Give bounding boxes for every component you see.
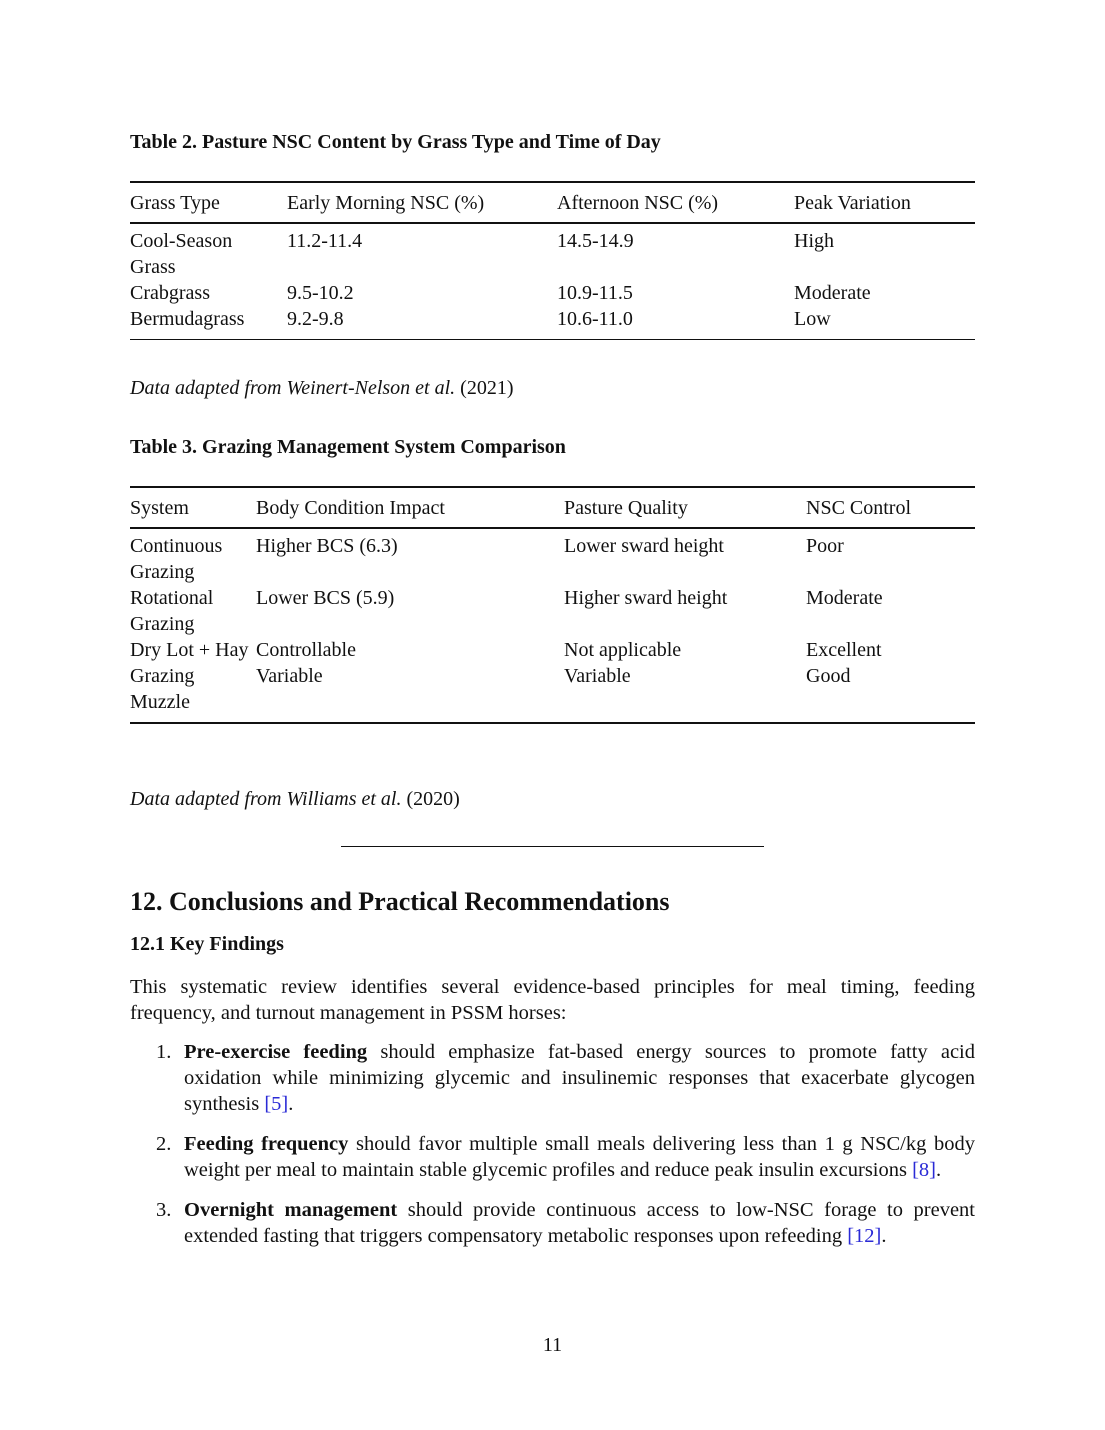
table2: Grass Type Early Morning NSC (%) Afterno… [130,181,975,340]
table-cell: Variable [256,663,564,723]
list-item: 2.Feeding frequency should favor multipl… [130,1131,975,1183]
key-findings-list: 1.Pre-exercise feeding should emphasize … [130,1039,975,1263]
table-cell: Crabgrass [130,280,287,306]
table-cell: 9.2-9.8 [287,306,557,340]
citation-link[interactable]: [12] [847,1225,881,1247]
item-term: Feeding frequency [184,1133,348,1155]
table-cell: Dry Lot + Hay [130,637,256,663]
list-number: 1. [156,1039,171,1065]
table-row: Grazing Muzzle Variable Variable Good [130,663,975,723]
table2-header-cell: Grass Type [130,182,287,223]
item-end: . [936,1159,941,1181]
page-number: 11 [130,1334,975,1357]
table3-header-cell: Body Condition Impact [256,487,564,528]
table-cell: 10.6-11.0 [557,306,794,340]
list-number: 3. [156,1197,171,1223]
table3-source-note: Data adapted from Williams et al. (2020) [130,788,460,811]
table-cell: 10.9-11.5 [557,280,794,306]
list-number: 2. [156,1131,171,1157]
table2-header-row: Grass Type Early Morning NSC (%) Afterno… [130,182,975,223]
table-row: Bermudagrass 9.2-9.8 10.6-11.0 Low [130,306,975,340]
note-year: (2021) [460,377,513,399]
table-cell: Low [794,306,975,340]
section-heading: 12. Conclusions and Practical Recommenda… [130,887,670,917]
note-year: (2020) [406,788,459,810]
table2-caption: Table 2. Pasture NSC Content by Grass Ty… [130,131,661,154]
table-cell: Cool-Season Grass [130,223,287,280]
table-cell: Excellent [806,637,975,663]
table-cell: 14.5-14.9 [557,223,794,280]
table3-caption: Table 3. Grazing Management System Compa… [130,436,566,459]
table3-header-cell: Pasture Quality [564,487,806,528]
table-cell: Moderate [794,280,975,306]
table-row: Dry Lot + Hay Controllable Not applicabl… [130,637,975,663]
table3-header-row: System Body Condition Impact Pasture Qua… [130,487,975,528]
table2-header-cell: Early Morning NSC (%) [287,182,557,223]
table2-header-cell: Peak Variation [794,182,975,223]
table3-header-cell: NSC Control [806,487,975,528]
table-cell: Moderate [806,585,975,637]
citation-link[interactable]: [8] [912,1159,936,1181]
table-cell: High [794,223,975,280]
table2-source-note: Data adapted from Weinert-Nelson et al. … [130,377,513,400]
table3: System Body Condition Impact Pasture Qua… [130,486,975,724]
table-cell: Grazing Muzzle [130,663,256,723]
item-end: . [881,1225,886,1247]
table-cell: Bermudagrass [130,306,287,340]
item-term: Overnight management [184,1199,397,1221]
table-cell: Good [806,663,975,723]
table-row: Rotational Grazing Lower BCS (5.9) Highe… [130,585,975,637]
list-item: 3.Overnight management should provide co… [130,1197,975,1249]
item-term: Pre-exercise feeding [184,1041,367,1063]
table-cell: Lower sward height [564,528,806,585]
table-cell: Continuous Grazing [130,528,256,585]
table-cell: Higher sward height [564,585,806,637]
table-cell: Not applicable [564,637,806,663]
subsection-heading: 12.1 Key Findings [130,933,284,956]
table-cell: Rotational Grazing [130,585,256,637]
table-cell: 11.2-11.4 [287,223,557,280]
table-cell: Higher BCS (6.3) [256,528,564,585]
list-item: 1.Pre-exercise feeding should emphasize … [130,1039,975,1117]
section-divider [341,846,764,847]
note-text: Data adapted from Weinert-Nelson et al. [130,377,455,399]
table-row: Continuous Grazing Higher BCS (6.3) Lowe… [130,528,975,585]
table-row: Cool-Season Grass 11.2-11.4 14.5-14.9 Hi… [130,223,975,280]
table3-header-cell: System [130,487,256,528]
note-text: Data adapted from Williams et al. [130,788,401,810]
table-cell: Variable [564,663,806,723]
table-row: Crabgrass 9.5-10.2 10.9-11.5 Moderate [130,280,975,306]
citation-link[interactable]: [5] [264,1093,288,1115]
table-cell: 9.5-10.2 [287,280,557,306]
table2-header-cell: Afternoon NSC (%) [557,182,794,223]
table-cell: Lower BCS (5.9) [256,585,564,637]
table-cell: Controllable [256,637,564,663]
intro-paragraph: This systematic review identifies severa… [130,974,975,1026]
table-cell: Poor [806,528,975,585]
item-end: . [288,1093,293,1115]
